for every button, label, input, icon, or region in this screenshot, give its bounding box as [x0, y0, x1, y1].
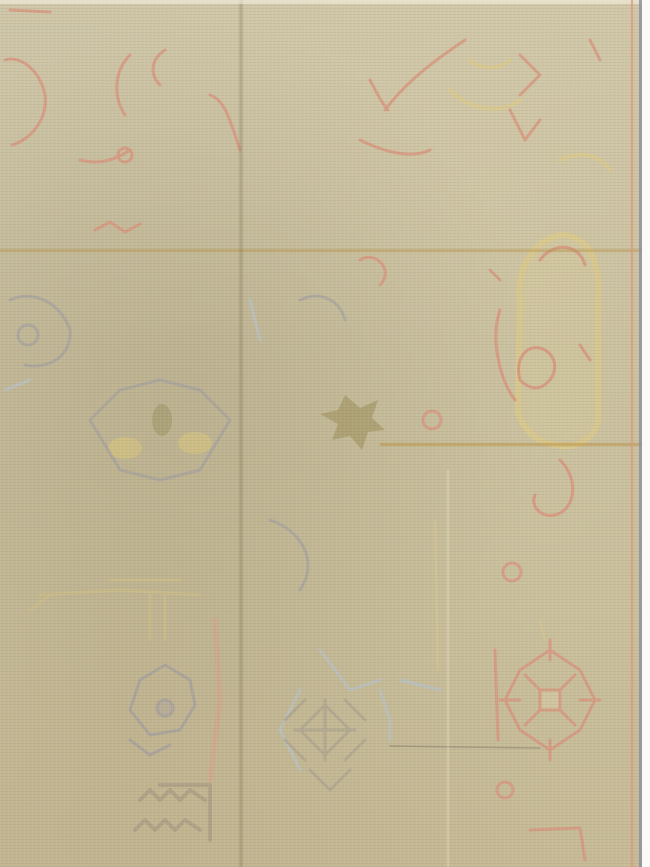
- fold-crease-right: [380, 442, 642, 447]
- coral-guard-stripe: [631, 0, 633, 867]
- rug-top-edge: [0, 0, 642, 4]
- weave-texture: [0, 0, 642, 867]
- fold-crease-top: [0, 248, 642, 253]
- fold-crease-vertical: [238, 0, 244, 867]
- rug-field: [0, 0, 642, 867]
- rug-photo: [0, 0, 650, 867]
- fold-crease-vertical-light: [446, 470, 450, 867]
- side-binding: [639, 0, 642, 867]
